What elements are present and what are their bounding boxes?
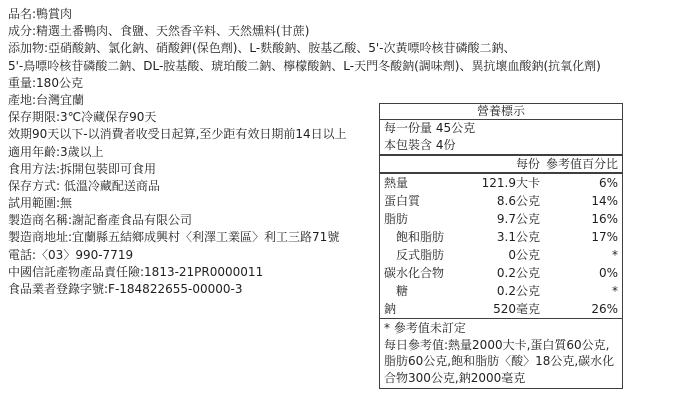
weight-line: 重量:180公克 [8, 75, 601, 92]
nutrient-label: 鈉 [384, 300, 444, 318]
nutrient-label: 飽和脂肪 [384, 228, 444, 246]
nutrient-value: 9.7公克 [444, 210, 540, 228]
nutrient-label: 蛋白質 [384, 192, 444, 210]
table-row-protein: 蛋白質 8.6公克 14% [380, 192, 622, 210]
nutrition-column-headers: 每份 參考值百分比 [380, 156, 622, 174]
additives-line-2: 5'-鳥嘌呤核苷磷酸二鈉、DL-胺基酸、琥珀酸二鈉、檸檬酸鈉、L-天門冬酸鈉(調… [8, 58, 601, 75]
nutrient-value: 0.2公克 [444, 264, 540, 282]
nutrient-value: 0.2公克 [444, 282, 540, 300]
nutrient-dv: 17% [540, 228, 618, 246]
nutrient-dv: 14% [540, 192, 618, 210]
nutrient-label: 糖 [384, 282, 444, 300]
column-header-daily-value: 參考值百分比 [540, 156, 618, 172]
nutrition-table-title: 營養標示 [380, 104, 622, 120]
table-row-sodium: 鈉 520毫克 26% [380, 300, 622, 318]
ingredients-line: 成分:精選土番鴨肉、食鹽、天然香辛料、天然燻料(甘蔗) [8, 23, 601, 40]
additives-line-1: 添加物:亞硝酸鈉、氯化鈉、硝酸鉀(保色劑)、L-麩酸鈉、胺基乙酸、5'-次黃嘌呤… [8, 40, 601, 57]
nutrient-dv: 6% [540, 174, 618, 192]
nutrition-footnote: * 參考值未訂定 每日參考值:熱量2000大卡,蛋白質60公克, 脂肪60公克,… [380, 318, 622, 388]
table-row-carbohydrate: 碳水化合物 0.2公克 0% [380, 264, 622, 282]
column-header-per-serving: 每份 [444, 156, 540, 172]
servings-per-package: 本包裝含 4份 [380, 137, 622, 156]
nutrient-dv: 0% [540, 264, 618, 282]
table-row-trans-fat: 反式脂肪 0公克 * [380, 246, 622, 264]
nutrient-dv: * [540, 282, 618, 300]
nutrient-value: 0公克 [444, 246, 540, 264]
table-row-sugar: 糖 0.2公克 * [380, 282, 622, 300]
nutrient-label: 反式脂肪 [384, 246, 444, 264]
nutrient-dv: 16% [540, 210, 618, 228]
table-row-saturated-fat: 飽和脂肪 3.1公克 17% [380, 228, 622, 246]
header-spacer [384, 156, 444, 172]
nutrient-value: 3.1公克 [444, 228, 540, 246]
footnote-line-3: 脂肪60公克,飽和脂肪〈酸〉18公克,碳水化 [384, 353, 618, 370]
nutrient-label: 碳水化合物 [384, 264, 444, 282]
footnote-line-2: 每日參考值:熱量2000大卡,蛋白質60公克, [384, 337, 618, 354]
nutrient-dv: * [540, 246, 618, 264]
product-name-line: 品名:鴨賞肉 [8, 6, 601, 23]
nutrition-table: 營養標示 每一份量 45公克 本包裝含 4份 每份 參考值百分比 熱量 121.… [379, 103, 623, 389]
serving-size: 每一份量 45公克 [380, 120, 622, 137]
table-row-fat: 脂肪 9.7公克 16% [380, 210, 622, 228]
nutrient-value: 8.6公克 [444, 192, 540, 210]
footnote-line-4: 合物300公克,鈉2000毫克 [384, 370, 618, 387]
nutrient-dv: 26% [540, 300, 618, 318]
nutrient-value: 520毫克 [444, 300, 540, 318]
nutrient-value: 121.9大卡 [444, 174, 540, 192]
nutrient-label: 熱量 [384, 174, 444, 192]
table-row-calories: 熱量 121.9大卡 6% [380, 174, 622, 192]
nutrient-label: 脂肪 [384, 210, 444, 228]
footnote-line-1: * 參考值未訂定 [384, 320, 618, 337]
